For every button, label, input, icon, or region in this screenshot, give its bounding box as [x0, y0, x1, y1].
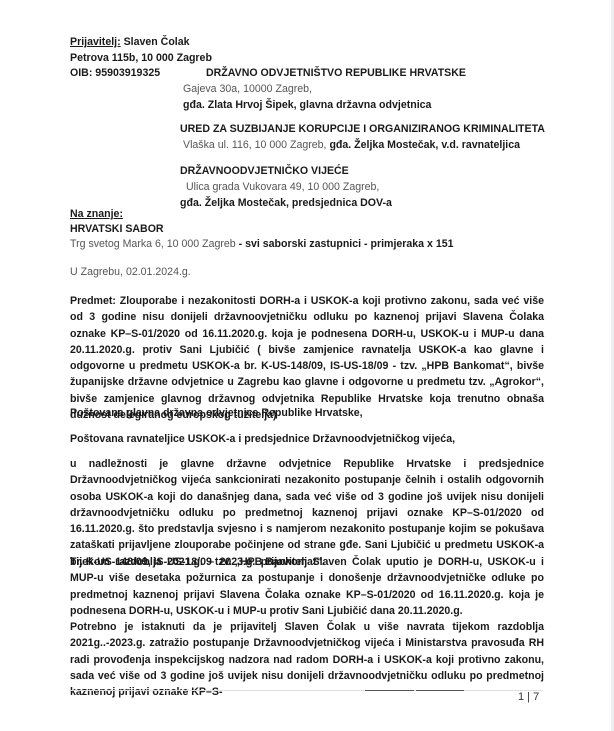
recipient-1-person: gđa. Zlata Hrvoj Šipek, glavna državna o… [183, 99, 431, 112]
cc-org: HRVATSKI SABOR [70, 223, 164, 236]
recipient-1-address: Gajeva 30a, 10000 Zagreb, [183, 83, 312, 96]
cc-label: Na znanje: [70, 208, 123, 221]
document-page: Prijavitelj: Slaven Čolak Petrova 115b, … [0, 0, 611, 731]
cc-address: Trg svetog Marka 6, 10 000 Zagreb [70, 238, 239, 250]
sender-name-line: Prijavitelj: Slaven Čolak [70, 36, 190, 49]
greeting-1: Poštovana glavna državna odvjetnice Repu… [70, 405, 544, 421]
body-paragraph-3: Potrebno je istaknuti da je prijavitelj … [70, 619, 544, 700]
sender-oib: OIB: 95903919325 [70, 67, 160, 80]
cc-line: Trg svetog Marka 6, 10 000 Zagreb - svi … [70, 238, 454, 251]
body-paragraph-1: u nadležnosti je glavne državne odvjetni… [70, 456, 544, 570]
sender-address: Petrova 115b, 10 000 Zagreb [70, 52, 212, 65]
recipient-2-org: URED ZA SUZBIJANJE KORUPCIJE I ORGANIZIR… [180, 123, 545, 136]
recipient-3-address: Ulica grada Vukovara 49, 10 000 Zagreb, [186, 181, 379, 194]
recipient-3-org: DRŽAVNOODVJETNIČKO VIJEĆE [180, 165, 349, 178]
recipient-2-person: gđa. Željka Mostečak, v.d. ravnateljica [329, 139, 520, 151]
cc-note: - svi saborski zastupnici - primjeraka x… [239, 238, 454, 250]
recipient-2-address: Vlaška ul. 116, 10 000 Zagreb, [183, 139, 329, 151]
sender-name: Slaven Čolak [121, 36, 190, 48]
footer-segment-2 [416, 690, 464, 691]
greeting-2: Poštovana ravnateljice USKOK-a i predsje… [70, 431, 544, 447]
page-number: 1 | 7 [518, 691, 539, 703]
footer-divider [69, 690, 543, 691]
subject-paragraph: Predmet: Zlouporabe i nezakonitosti DORH… [70, 293, 544, 423]
recipient-1-org: DRŽAVNO ODVJETNIŠTVO REPUBLIKE HRVATSKE [206, 67, 466, 80]
footer-segment-1 [365, 690, 414, 691]
recipient-2-line: Vlaška ul. 116, 10 000 Zagreb, gđa. Želj… [183, 139, 520, 152]
body-paragraph-2: Tijekom razdoblja 2021.g. – 2023.g. prij… [70, 554, 544, 619]
place-date: U Zagrebu, 02.01.2024.g. [70, 266, 191, 279]
recipient-3-person: gđa. Željka Mostečak, predsjednica DOV-a [180, 197, 392, 210]
sender-label: Prijavitelj: [70, 36, 121, 48]
